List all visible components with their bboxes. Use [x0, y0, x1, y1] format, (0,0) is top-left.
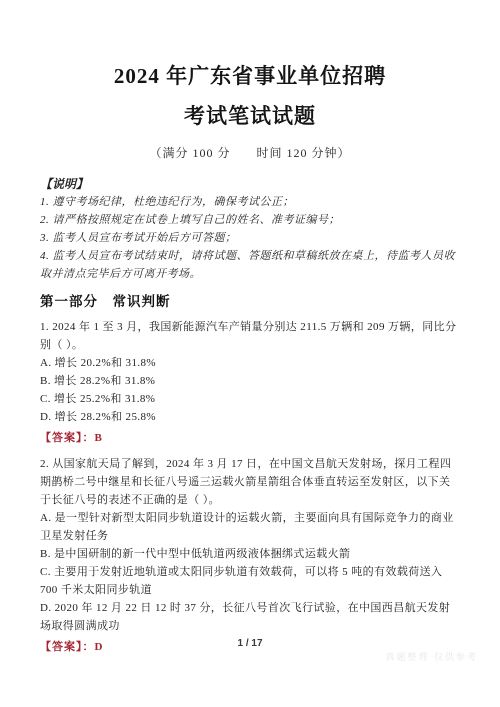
notice-item: 3. 监考人员宣布考试开始后方可答题； — [40, 229, 460, 247]
notice-item: 4. 监考人员宣布考试结束时，请将试题、答题纸和草稿纸放在桌上，待监考人员收取并… — [40, 247, 460, 283]
question-option-b: B. 增长 28.2%和 31.8% — [40, 372, 460, 390]
question-option-c: C. 主要用于发射近地轨道或太阳同步轨道有效载荷，可以将 5 吨的有效载荷送入 … — [40, 563, 460, 599]
question-option-d: D. 增长 28.2%和 25.8% — [40, 408, 460, 426]
question-1: 1. 2024 年 1 至 3 月，我国新能源汽车产销量分别达 211.5 万辆… — [40, 318, 460, 447]
page-number: 1 / 17 — [0, 638, 500, 649]
notice-heading: 【说明】 — [40, 175, 460, 193]
notice-item: 1. 遵守考场纪律，杜绝违纪行为，确保考试公正； — [40, 193, 460, 211]
notice-item: 2. 请严格按照规定在试卷上填写自己的姓名、准考证编号； — [40, 211, 460, 229]
exam-title-line1: 2024 年广东省事业单位招聘 — [40, 58, 460, 94]
watermark: 真题整理 仅供参考 — [385, 650, 478, 663]
exam-title-line2: 考试笔试试题 — [40, 98, 460, 134]
answer-label: 【答案】：B — [40, 429, 460, 447]
section-heading: 第一部分 常识判断 — [40, 290, 460, 310]
question-option-d: D. 2020 年 12 月 22 日 12 时 37 分，长征八号首次飞行试验… — [40, 599, 460, 635]
question-2: 2. 从国家航天局了解到，2024 年 3 月 17 日，在中国文昌航天发射场，… — [40, 455, 460, 656]
exam-paper-page: 2024 年广东省事业单位招聘 考试笔试试题 （满分 100 分 时间 120 … — [0, 0, 500, 707]
page-content: 2024 年广东省事业单位招聘 考试笔试试题 （满分 100 分 时间 120 … — [0, 58, 500, 656]
question-option-b: B. 是中国研制的新一代中型中低轨道两级液体捆绑式运载火箭 — [40, 545, 460, 563]
question-option-c: C. 增长 25.2%和 31.8% — [40, 390, 460, 408]
question-stem: 2. 从国家航天局了解到，2024 年 3 月 17 日，在中国文昌航天发射场，… — [40, 455, 460, 509]
exam-subtitle: （满分 100 分 时间 120 分钟） — [40, 144, 460, 161]
question-option-a: A. 是一型针对新型太阳同步轨道设计的运载火箭，主要面向具有国际竞争力的商业卫星… — [40, 509, 460, 545]
question-option-a: A. 增长 20.2%和 31.8% — [40, 354, 460, 372]
question-stem: 1. 2024 年 1 至 3 月，我国新能源汽车产销量分别达 211.5 万辆… — [40, 318, 460, 354]
notice-block: 【说明】 1. 遵守考场纪律，杜绝违纪行为，确保考试公正； 2. 请严格按照规定… — [40, 175, 460, 283]
